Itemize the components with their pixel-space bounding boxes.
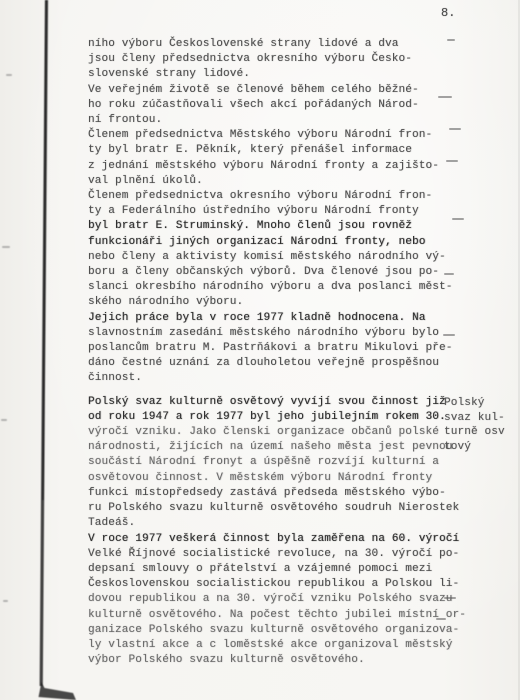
text-line: svaz kul- [444,411,505,426]
pencil-mark [444,273,454,275]
text-line: depsaní smlouvy o přátelství a vzájemné … [88,562,468,577]
text-line: Velké Říjnové socialistické revoluce, na… [88,547,468,562]
text-line: ského národního výboru. [88,295,468,310]
text-line: osvětovou činnost. V městském výboru Nár… [88,471,468,486]
text-line: Jejich práce byla v roce 1977 kladně hod… [88,311,468,326]
text-line: slovenské strany lidové. [88,67,468,82]
pencil-mark [452,218,464,220]
pencil-mark [436,618,446,620]
text-line: tový [444,440,505,455]
text-line: ru Polského svazu kulturně osvětového so… [88,501,468,516]
scan-speck [1,419,7,421]
text-line: ního výboru Československé strany lidové… [88,37,468,52]
text-line: Členem předsednictva Městského výboru Ná… [88,128,468,143]
text-line: funkci místopředsedy zastává předseda mě… [88,486,468,501]
pencil-mark [449,128,461,130]
text-line: Tadeáš. [88,516,468,531]
text-line: ho roku zúčastňovali všech akcí pořádaný… [88,98,468,113]
text-line: výročí vzniku. Jako členski organizace o… [88,425,468,440]
text-line: ní frontou. [88,113,468,128]
pencil-mark [447,39,455,41]
text-line: jsou členy předsednictva okresního výbor… [88,52,468,67]
pencil-mark [444,597,456,599]
text-line: kulturně osvětového. Na počest těchto ju… [88,608,468,623]
text-line: poslancům bratru M. Pastrňákovi a bratru… [88,341,468,356]
text-line: dovou republikou a na 30. výročí vzniku … [88,592,468,607]
text-line: národnosti, žijících na území našeho měs… [88,440,468,455]
page-number: 8. [441,6,455,20]
text-line: funkcionáři jiných organizací Národní fr… [88,235,468,250]
text-line: ty byl bratr E. Pěkník, který přenášel i… [88,143,468,158]
scan-speck [6,74,12,76]
scan-speck [3,600,8,602]
pencil-mark [446,160,458,162]
pencil-mark [443,334,455,336]
scan-speck [2,246,10,248]
text-line: ly vlastní akce a c loměstské akce organ… [88,638,468,653]
text-line: od roku 1947 a rok 1977 byl jeho jubilej… [88,410,468,425]
text-line: slanci okresbího národního výboru a dva … [88,280,468,295]
text-line: z jednání městského výboru Národní front… [88,159,468,174]
text-line: ty a Federálního ústředního výboru Národ… [88,204,468,219]
text-line: slavnostním zasedání městského národního… [88,326,468,341]
text-line: součástí Národní fronyt a úspěšně rozvíj… [88,455,468,470]
text-line: dáno čestné uznání za dlouholetou veřejn… [88,356,468,371]
text-line: Členem předsednictva okresního výboru Ná… [88,189,468,204]
text-line: Polský [444,396,505,411]
text-line: boru a členy občanských výborů. Dva člen… [88,265,468,280]
text-line: nebo členy a aktivisty komisí městského … [88,250,468,265]
text-line: Ve veřejném životě se členové během celé… [88,83,468,98]
text-line: výbor Polského svazu kulturně osvětového… [88,653,468,668]
text-line: byl bratr E. Struminský. Mnoho členů jso… [88,219,468,234]
text-line: Československou socialistickou republiko… [88,577,468,592]
margin-note: Polskýsvaz kul-turně osvtový [444,396,505,454]
pencil-mark [438,96,452,98]
text-line: činnost. [88,371,468,386]
text-line: ganizace Polského svazu kulturně osvětov… [88,623,468,638]
text-line: Polský svaz kulturně osvětový vyvíjí svo… [88,395,468,410]
text-line: val plnění úkolů. [88,174,468,189]
text-block: ního výboru Československé strany lidové… [88,37,468,668]
text-line: V roce 1977 veškerá činnost byla zaměřen… [88,532,468,547]
scanned-page: 8. ního výboru Československé strany lid… [0,0,520,700]
text-line: turně osv [444,425,505,440]
